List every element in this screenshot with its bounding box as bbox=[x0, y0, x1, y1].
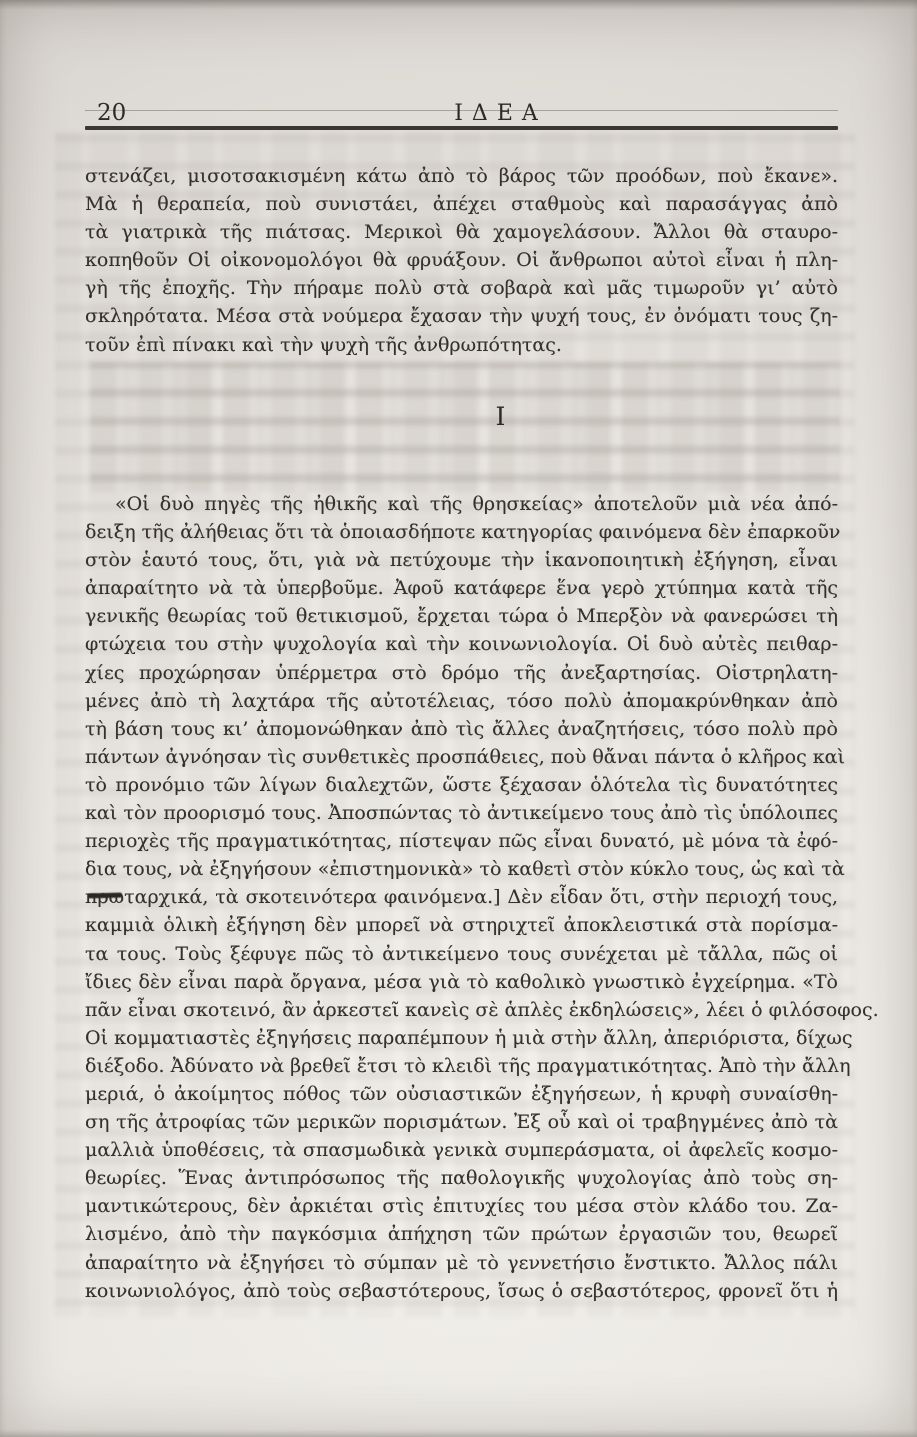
text-line: «Οἱ δυὸ πηγὲς τῆς ἠθικῆς καὶ τῆς θρησκεί… bbox=[85, 490, 838, 518]
text-line: τοῦν ἐπὶ πίνακι καὶ τὴν ψυχὴ τῆς ἀνθρωπό… bbox=[85, 331, 838, 359]
text-line: ση τῆς ἀτροφίας τῶν μερικῶν πορισμάτων. … bbox=[85, 1108, 838, 1136]
text-line: μένες ἀπὸ τὴ λαχτάρα τῆς αὐτοτέλειας, τό… bbox=[85, 687, 838, 715]
text-line: μεριά, ὁ ἀκοίμητος πόθος τῶν οὐσιαστικῶν… bbox=[85, 1080, 838, 1108]
text-line: πρωταρχικά, τὰ σκοτεινότερα φαινόμενα.] … bbox=[85, 883, 838, 911]
text-line: χίες προχώρησαν ὑπέρμετρα στὸ δρόμο τῆς … bbox=[85, 659, 838, 687]
text-line: περιοχὲς τῆς πραγματικότητας, πίστεψαν π… bbox=[85, 827, 838, 855]
text-line: πᾶν εἶναι σκοτεινό, ἂν ἀρκεστεῖ κανεὶς σ… bbox=[85, 996, 838, 1024]
text-line: κοινωνιολόγος, ἀπὸ τοὺς σεβαστότερους, ἴ… bbox=[85, 1277, 838, 1305]
text-line: δειξη τῆς ἀλήθειας ὅτι τὰ ὁποιασδήποτε κ… bbox=[85, 518, 838, 546]
journal-title: ΙΔΕΑ bbox=[124, 101, 877, 126]
text-line: γενικῆς θεωρίας τοῦ θετικισμοῦ, ἔρχεται … bbox=[85, 602, 838, 630]
text-line: στενάζει, μισοτσακισμένη κάτω ἀπὸ τὸ βάρ… bbox=[85, 162, 838, 190]
text-line: τὴ βάση τους κι’ ἀπομονώθηκαν ἀπὸ τὶς ἄλ… bbox=[85, 715, 838, 743]
ink-smudge-artifact bbox=[88, 893, 122, 899]
text-line: κοπηθοῦν Οἱ οἰκονομολόγοι θὰ φρυάξουν. Ο… bbox=[85, 246, 838, 274]
text-line: δια τους, νὰ ἐξηγήσουν «ἐπιστημονικὰ» τὸ… bbox=[85, 855, 838, 883]
text-line: πάντων ἀγνόησαν τὶς συνθετικὲς προσπάθει… bbox=[85, 743, 838, 771]
text-line: θεωρίες. Ἕνας ἀντιπρόσωπος τῆς παθολογικ… bbox=[85, 1164, 838, 1192]
text-line: στὸν ἑαυτό τους, ὅτι, γιὰ νὰ πετύχουμε τ… bbox=[85, 546, 838, 574]
text-line: μαλλιὰ ὑποθέσεις, τὰ σπασμωδικὰ γενικὰ σ… bbox=[85, 1136, 838, 1164]
text-line: φτώχεια του στὴν ψυχολογία καὶ τὴν κοινω… bbox=[85, 630, 838, 658]
text-line: καμμιὰ ὁλικὴ ἐξήγηση δὲν μπορεῖ νὰ στηρι… bbox=[85, 911, 838, 939]
paragraph-continued: στενάζει, μισοτσακισμένη κάτω ἀπὸ τὸ βάρ… bbox=[85, 162, 838, 359]
page-number: 20 bbox=[97, 100, 126, 126]
text-line: Οἱ κομματιαστὲς ἐξηγήσεις παραπέμπουν ἡ … bbox=[85, 1024, 838, 1052]
text-line: τὰ γιατρικὰ τῆς πιάτσας. Μερικοὶ θὰ χαμο… bbox=[85, 218, 838, 246]
text-line: ἀπαραίτητο νὰ τὰ ὑπερβοῦμε. Ἀφοῦ κατάφερ… bbox=[85, 574, 838, 602]
text-line: τὸ προνόμιο τῶν λίγων διαλεχτῶν, ὥστε ξέ… bbox=[85, 771, 838, 799]
text-line: λισμένο, ἀπὸ τὴν παγκόσμια ἀπήχηση τῶν π… bbox=[85, 1220, 838, 1248]
text-line: διέξοδο. Ἀδύνατο νὰ βρεθεῖ ἔτσι τὸ κλειδ… bbox=[85, 1052, 838, 1080]
text-line: ἴδιες δὲν εἶναι παρὰ ὄργανα, μέσα γιὰ τὸ… bbox=[85, 968, 838, 996]
text-line: μαντικώτερους, δὲν ἀρκιέται στὶς ἐπιτυχί… bbox=[85, 1192, 838, 1220]
text-line: σκληρότατα. Μέσα στὰ νούμερα ἔχασαν τὴν … bbox=[85, 302, 838, 330]
paragraph-section1: «Οἱ δυὸ πηγὲς τῆς ἠθικῆς καὶ τῆς θρησκεί… bbox=[85, 490, 838, 1305]
section-marker: I bbox=[124, 402, 877, 431]
text-line: καὶ τὸν προορισμό τους. Ἀποσπώντας τὸ ἀν… bbox=[85, 799, 838, 827]
header-rule bbox=[85, 126, 838, 130]
text-line: ἀπαραίτητο νὰ ἐξηγήσει τὸ σύμπαν μὲ τὸ γ… bbox=[85, 1249, 838, 1277]
text-line: Μὰ ἡ θεραπεία, ποὺ συνιστάει, ἀπέχει στα… bbox=[85, 190, 838, 218]
text-line: τα τους. Τοὺς ξέφυγε πῶς τὸ ἀντικείμενο … bbox=[85, 940, 838, 968]
text-line: γὴ τῆς ἐποχῆς. Τὴν πήραμε πολὺ στὰ σοβαρ… bbox=[85, 274, 838, 302]
book-page-scan: 20 ΙΔΕΑ στενάζει, μισοτσακισμένη κάτω ἀπ… bbox=[0, 0, 917, 1437]
